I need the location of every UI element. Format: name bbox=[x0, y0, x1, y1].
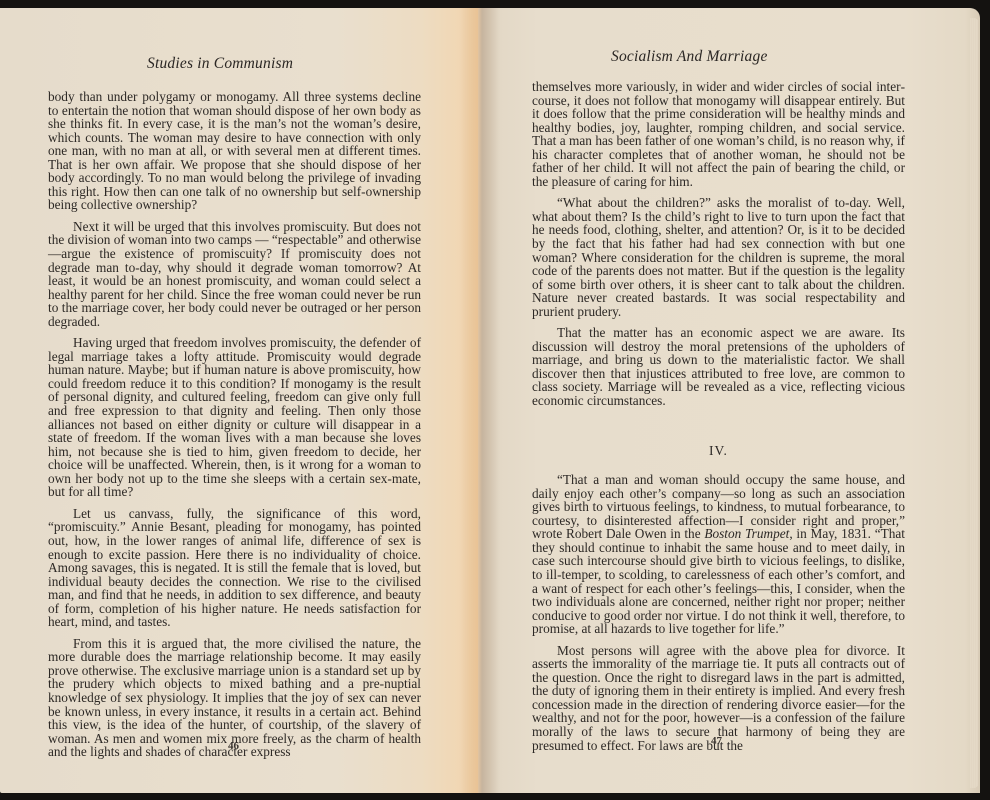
paragraph: body than under polygamy or monogamy. Al… bbox=[48, 90, 421, 212]
right-page-body: themselves more variously, in wider and … bbox=[532, 80, 905, 760]
left-page-number: 46 bbox=[228, 740, 239, 752]
open-book-spread: Studies in Communism body than under pol… bbox=[0, 8, 990, 793]
paragraph: Having urged that freedom involves promi… bbox=[48, 336, 421, 499]
left-running-head: Studies in Communism bbox=[147, 55, 293, 73]
left-page: Studies in Communism body than under pol… bbox=[0, 8, 478, 793]
page-edges bbox=[970, 18, 978, 788]
paragraph: That the matter has an economic aspect w… bbox=[532, 326, 905, 407]
quote-text-end: , in May, 1831. “That they should contin… bbox=[532, 526, 905, 636]
paragraph: Next it will be urged that this involves… bbox=[48, 220, 421, 328]
paragraph: themselves more variously, in wider and … bbox=[532, 80, 905, 188]
quote-paragraph: “That a man and woman should occupy the … bbox=[532, 473, 905, 636]
paragraph: “What about the children?” asks the mora… bbox=[532, 196, 905, 318]
right-page-number: 47 bbox=[711, 735, 722, 747]
section-heading: IV. bbox=[532, 444, 905, 458]
left-page-body: body than under polygamy or monogamy. Al… bbox=[48, 90, 421, 767]
right-running-head: Socialism And Marriage bbox=[611, 48, 768, 66]
paragraph: Let us canvass, fully, the significance … bbox=[48, 507, 421, 629]
right-page: Socialism And Marriage themselves more v… bbox=[478, 8, 980, 793]
